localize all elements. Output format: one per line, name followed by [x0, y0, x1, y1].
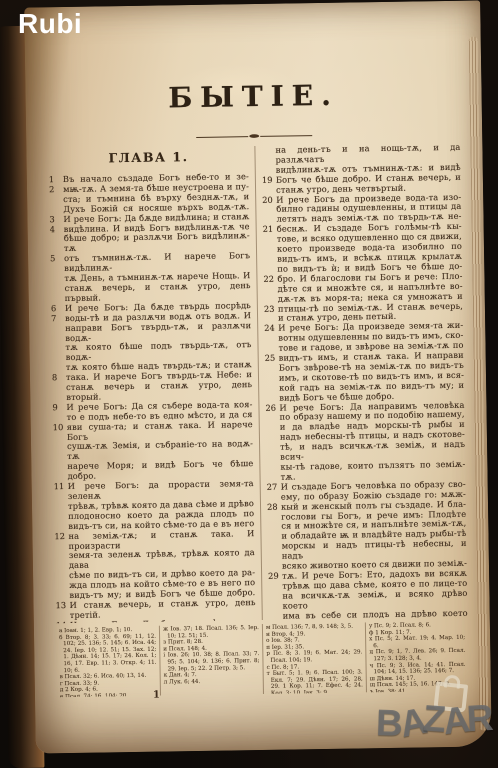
- verse-number: [51, 343, 65, 363]
- verse-number: [53, 442, 67, 462]
- verse-number: [262, 205, 276, 215]
- text-column-right: на день-тъ и на нощь-тѫ, и да разлѫчатъ …: [254, 143, 467, 620]
- verse-number: [55, 551, 69, 571]
- verse-number: [266, 413, 280, 423]
- verse-number: 21: [263, 225, 277, 235]
- book-page: БЫТІЕ. ГЛАВА 1. 1 Въ начало създаде Богъ…: [24, 0, 492, 753]
- footnote-entry: ч Пс. 9; 3. Иса. 14; 41. Псал. 104; 14, …: [370, 661, 466, 676]
- verse-number: 27: [267, 482, 281, 492]
- signature-number: 1: [153, 690, 160, 701]
- chapter-heading: ГЛАВА 1.: [48, 148, 248, 166]
- footnote-entry: і Іов. 26; 10. 38; 8. Псал. 33; 7. 95; 5…: [163, 651, 259, 672]
- verse-number: 19: [262, 175, 276, 185]
- scripture-text-block: ГЛАВА 1. 1 Въ начало създаде Богъ небе-т…: [48, 143, 467, 623]
- verse-number: [261, 146, 275, 166]
- verse-number: [51, 324, 65, 344]
- title-ornament: [26, 130, 482, 141]
- verse-number: [263, 245, 277, 255]
- verse-number: [266, 463, 280, 483]
- footnote-entry: е Псал. 74; 16. 104; 20.: [60, 693, 157, 698]
- watermark-letter: R: [466, 697, 492, 740]
- verse-number: 14: [56, 621, 70, 623]
- verse-number: 26: [265, 403, 279, 413]
- verse-number: [263, 235, 277, 245]
- verse-number: 29: [268, 572, 282, 582]
- verse-number: 8: [52, 373, 66, 383]
- verse-number: 13: [55, 601, 69, 611]
- verse-number: [53, 462, 67, 482]
- footnote-column-1: а Іоан. 1; 1, 2. Евр. 1; 10.б Втор. 8; 3…: [56, 626, 160, 698]
- page-stack-edge: [469, 37, 489, 731]
- verse-number: [49, 195, 63, 205]
- verse-number: [54, 502, 68, 512]
- watermark-letter: A: [441, 699, 470, 744]
- verse-number: [266, 423, 280, 433]
- footnotes-section: а Іоан. 1; 1, 2. Евр. 1; 10.б Втор. 8; 3…: [56, 621, 469, 697]
- ornament-diamond-icon: [249, 134, 259, 138]
- verse-number: 28: [267, 502, 281, 512]
- verse-number: 11: [54, 482, 68, 502]
- footnote-entry: б Втор. 8; 3. 33; 6. 69; 11, 12. 102; 25…: [59, 633, 157, 674]
- verse-number: [55, 581, 69, 591]
- verse-number: [267, 532, 281, 542]
- verse-number: [54, 512, 68, 522]
- verse-number: 24: [264, 324, 278, 334]
- ornament-line: [260, 135, 312, 137]
- verse-number: [263, 255, 277, 265]
- verse-number: [268, 591, 282, 611]
- verse-number: [267, 512, 281, 522]
- ornament-line: [196, 136, 248, 138]
- verse-number: [266, 443, 280, 463]
- verse-number: [50, 234, 64, 254]
- verse-text: И рече Богъ: Да бѫдѫтъ свѣтила на: [70, 618, 256, 623]
- verse-number: 20: [262, 195, 276, 205]
- verse-number: [264, 284, 278, 294]
- verse-number: [268, 542, 282, 562]
- verse-number: [265, 364, 279, 374]
- verse-number: 25: [265, 354, 279, 364]
- verse-lines-left: 1 Въ начало създаде Богъ небе-то и зе- 2…: [49, 172, 258, 623]
- verse-number: [265, 383, 279, 393]
- verse-number: 5: [50, 254, 64, 274]
- verse-number: [264, 334, 278, 344]
- verse-number: 10: [53, 423, 67, 443]
- verse-number: 22: [263, 274, 277, 284]
- verse-number: [55, 571, 69, 581]
- footnote-column-3: м Псал. 136; 7, 8, 9. 148; 3, 5.н Втор. …: [262, 622, 366, 694]
- verse-number: 9: [52, 403, 66, 413]
- book-photo: БЫТІЕ. ГЛАВА 1. 1 Въ начало създаде Богъ…: [0, 0, 498, 768]
- verse-number: [268, 582, 282, 592]
- footnote-entry: т Быт. 5; 1. 9; 6. Псал. 100; 3. Екл. 7;…: [267, 670, 363, 698]
- footnote-column-2: ж Іов. 37; 18. Псал. 136; 5. Іер. 10; 12…: [159, 624, 263, 696]
- verse-number: [269, 611, 283, 621]
- verse-number: [52, 383, 66, 403]
- text-column-left: ГЛАВА 1. 1 Въ начало създаде Богъ небе-т…: [48, 146, 261, 623]
- verse-number: [51, 284, 65, 304]
- verse-number: 12: [54, 532, 68, 552]
- verse-number: [50, 274, 64, 284]
- verse-number: 4: [50, 225, 64, 235]
- page-title: БЫТІЕ.: [25, 76, 481, 116]
- verse-number: 23: [264, 304, 278, 314]
- rubi-watermark: Rubi: [18, 8, 82, 40]
- verse-number: 7: [51, 314, 65, 324]
- verse-lines-right: на день-тъ и на нощь-тѫ, и да разлѫчатъ …: [261, 143, 467, 623]
- bazar-watermark: BAZAR: [375, 697, 492, 745]
- verse-number: [265, 374, 279, 384]
- verse-number: 2: [49, 185, 63, 195]
- footnote-entry: л Лук. 6; 44.: [164, 678, 260, 686]
- verse-number: [266, 433, 280, 443]
- verse-number: [267, 522, 281, 532]
